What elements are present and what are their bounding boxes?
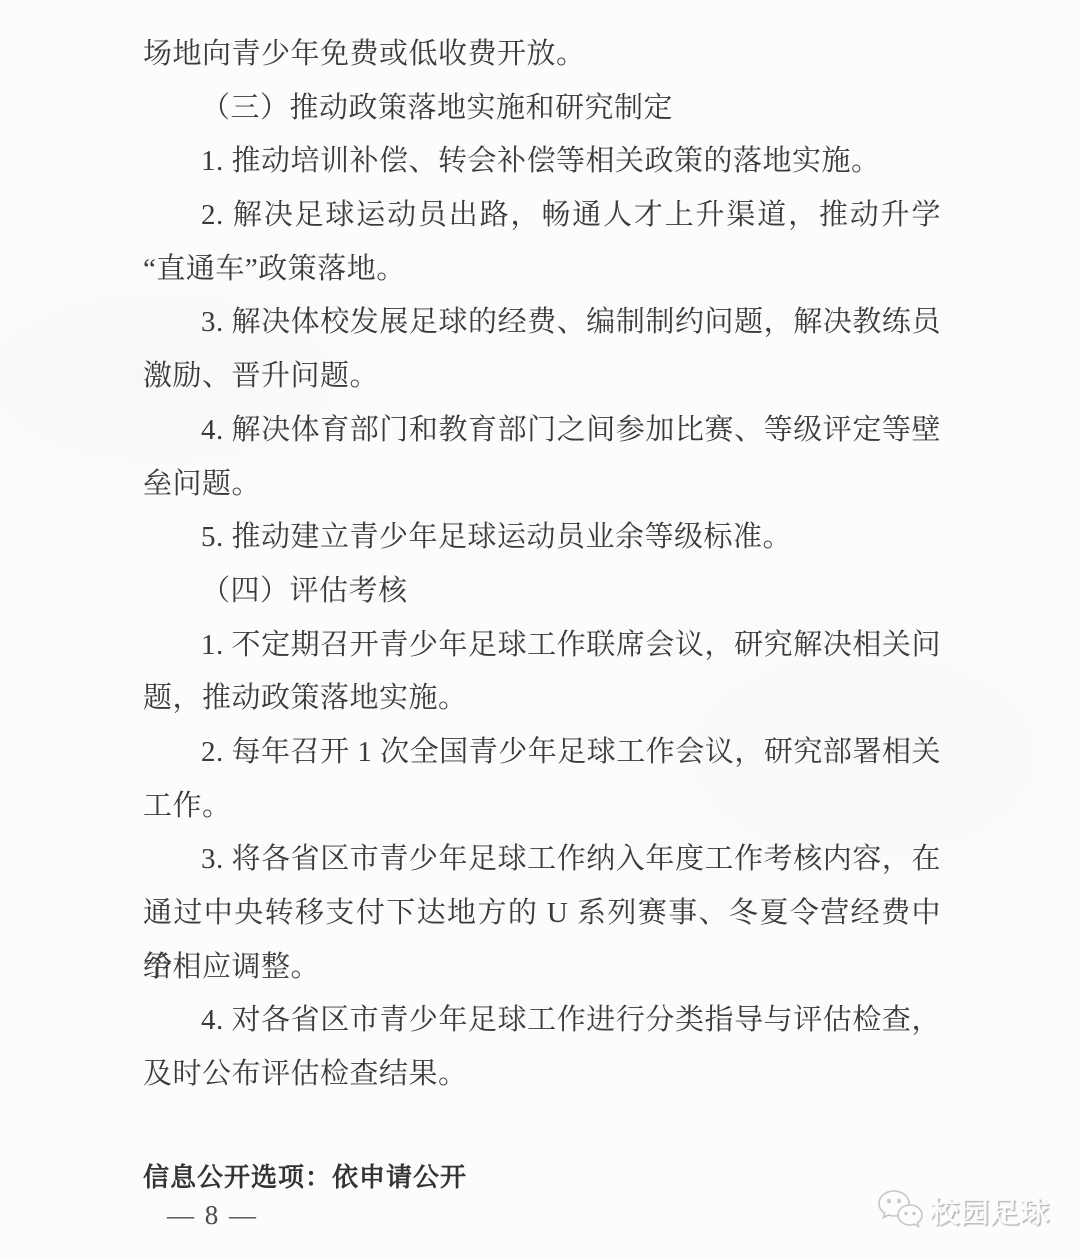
text-line: 及时公布评估检查结果。 [143,1048,941,1102]
document-body: 场地向青少年免费或低收费开放。（三）推动政策落地实施和研究制定1. 推动培训补偿… [143,28,941,1102]
text-line: 激励、晋升问题。 [143,350,941,404]
text-line: 3. 将各省区市青少年足球工作纳入年度工作考核内容，在 [143,833,941,887]
text-line: 予相应调整。 [143,941,941,995]
text-line: 4. 对各省区市青少年足球工作进行分类指导与评估检查， [143,994,941,1048]
text-line: 题，推动政策落地实施。 [143,672,941,726]
text-line: （四）评估考核 [143,565,941,619]
text-line: 4. 解决体育部门和教育部门之间参加比赛、等级评定等壁 [143,404,941,458]
text-line: 通过中央转移支付下达地方的 U 系列赛事、冬夏令营经费中给 [143,887,941,941]
wechat-icon [876,1188,924,1232]
text-line: 垒问题。 [143,458,941,512]
page-number: — 8 — [150,1200,275,1231]
text-line: 2. 每年召开 1 次全国青少年足球工作会议，研究部署相关 [143,726,941,780]
text-line: 场地向青少年免费或低收费开放。 [143,28,941,82]
text-line: “直通车”政策落地。 [143,243,941,297]
disclosure-option-label: 信息公开选项：依申请公开 [143,1157,467,1194]
text-line: 2. 解决足球运动员出路，畅通人才上升渠道，推动升学 [143,189,941,243]
watermark-label: 校园足球 [930,1190,1050,1231]
document-page: 场地向青少年免费或低收费开放。（三）推动政策落地实施和研究制定1. 推动培训补偿… [0,0,1080,1258]
text-line: 工作。 [143,780,941,834]
text-line: （三）推动政策落地实施和研究制定 [143,82,941,136]
text-line: 1. 不定期召开青少年足球工作联席会议，研究解决相关问 [143,619,941,673]
text-line: 1. 推动培训补偿、转会补偿等相关政策的落地实施。 [143,135,941,189]
text-line: 5. 推动建立青少年足球运动员业余等级标准。 [143,511,941,565]
wechat-watermark: 校园足球 [876,1188,1050,1232]
text-line: 3. 解决体校发展足球的经费、编制制约问题，解决教练员 [143,296,941,350]
